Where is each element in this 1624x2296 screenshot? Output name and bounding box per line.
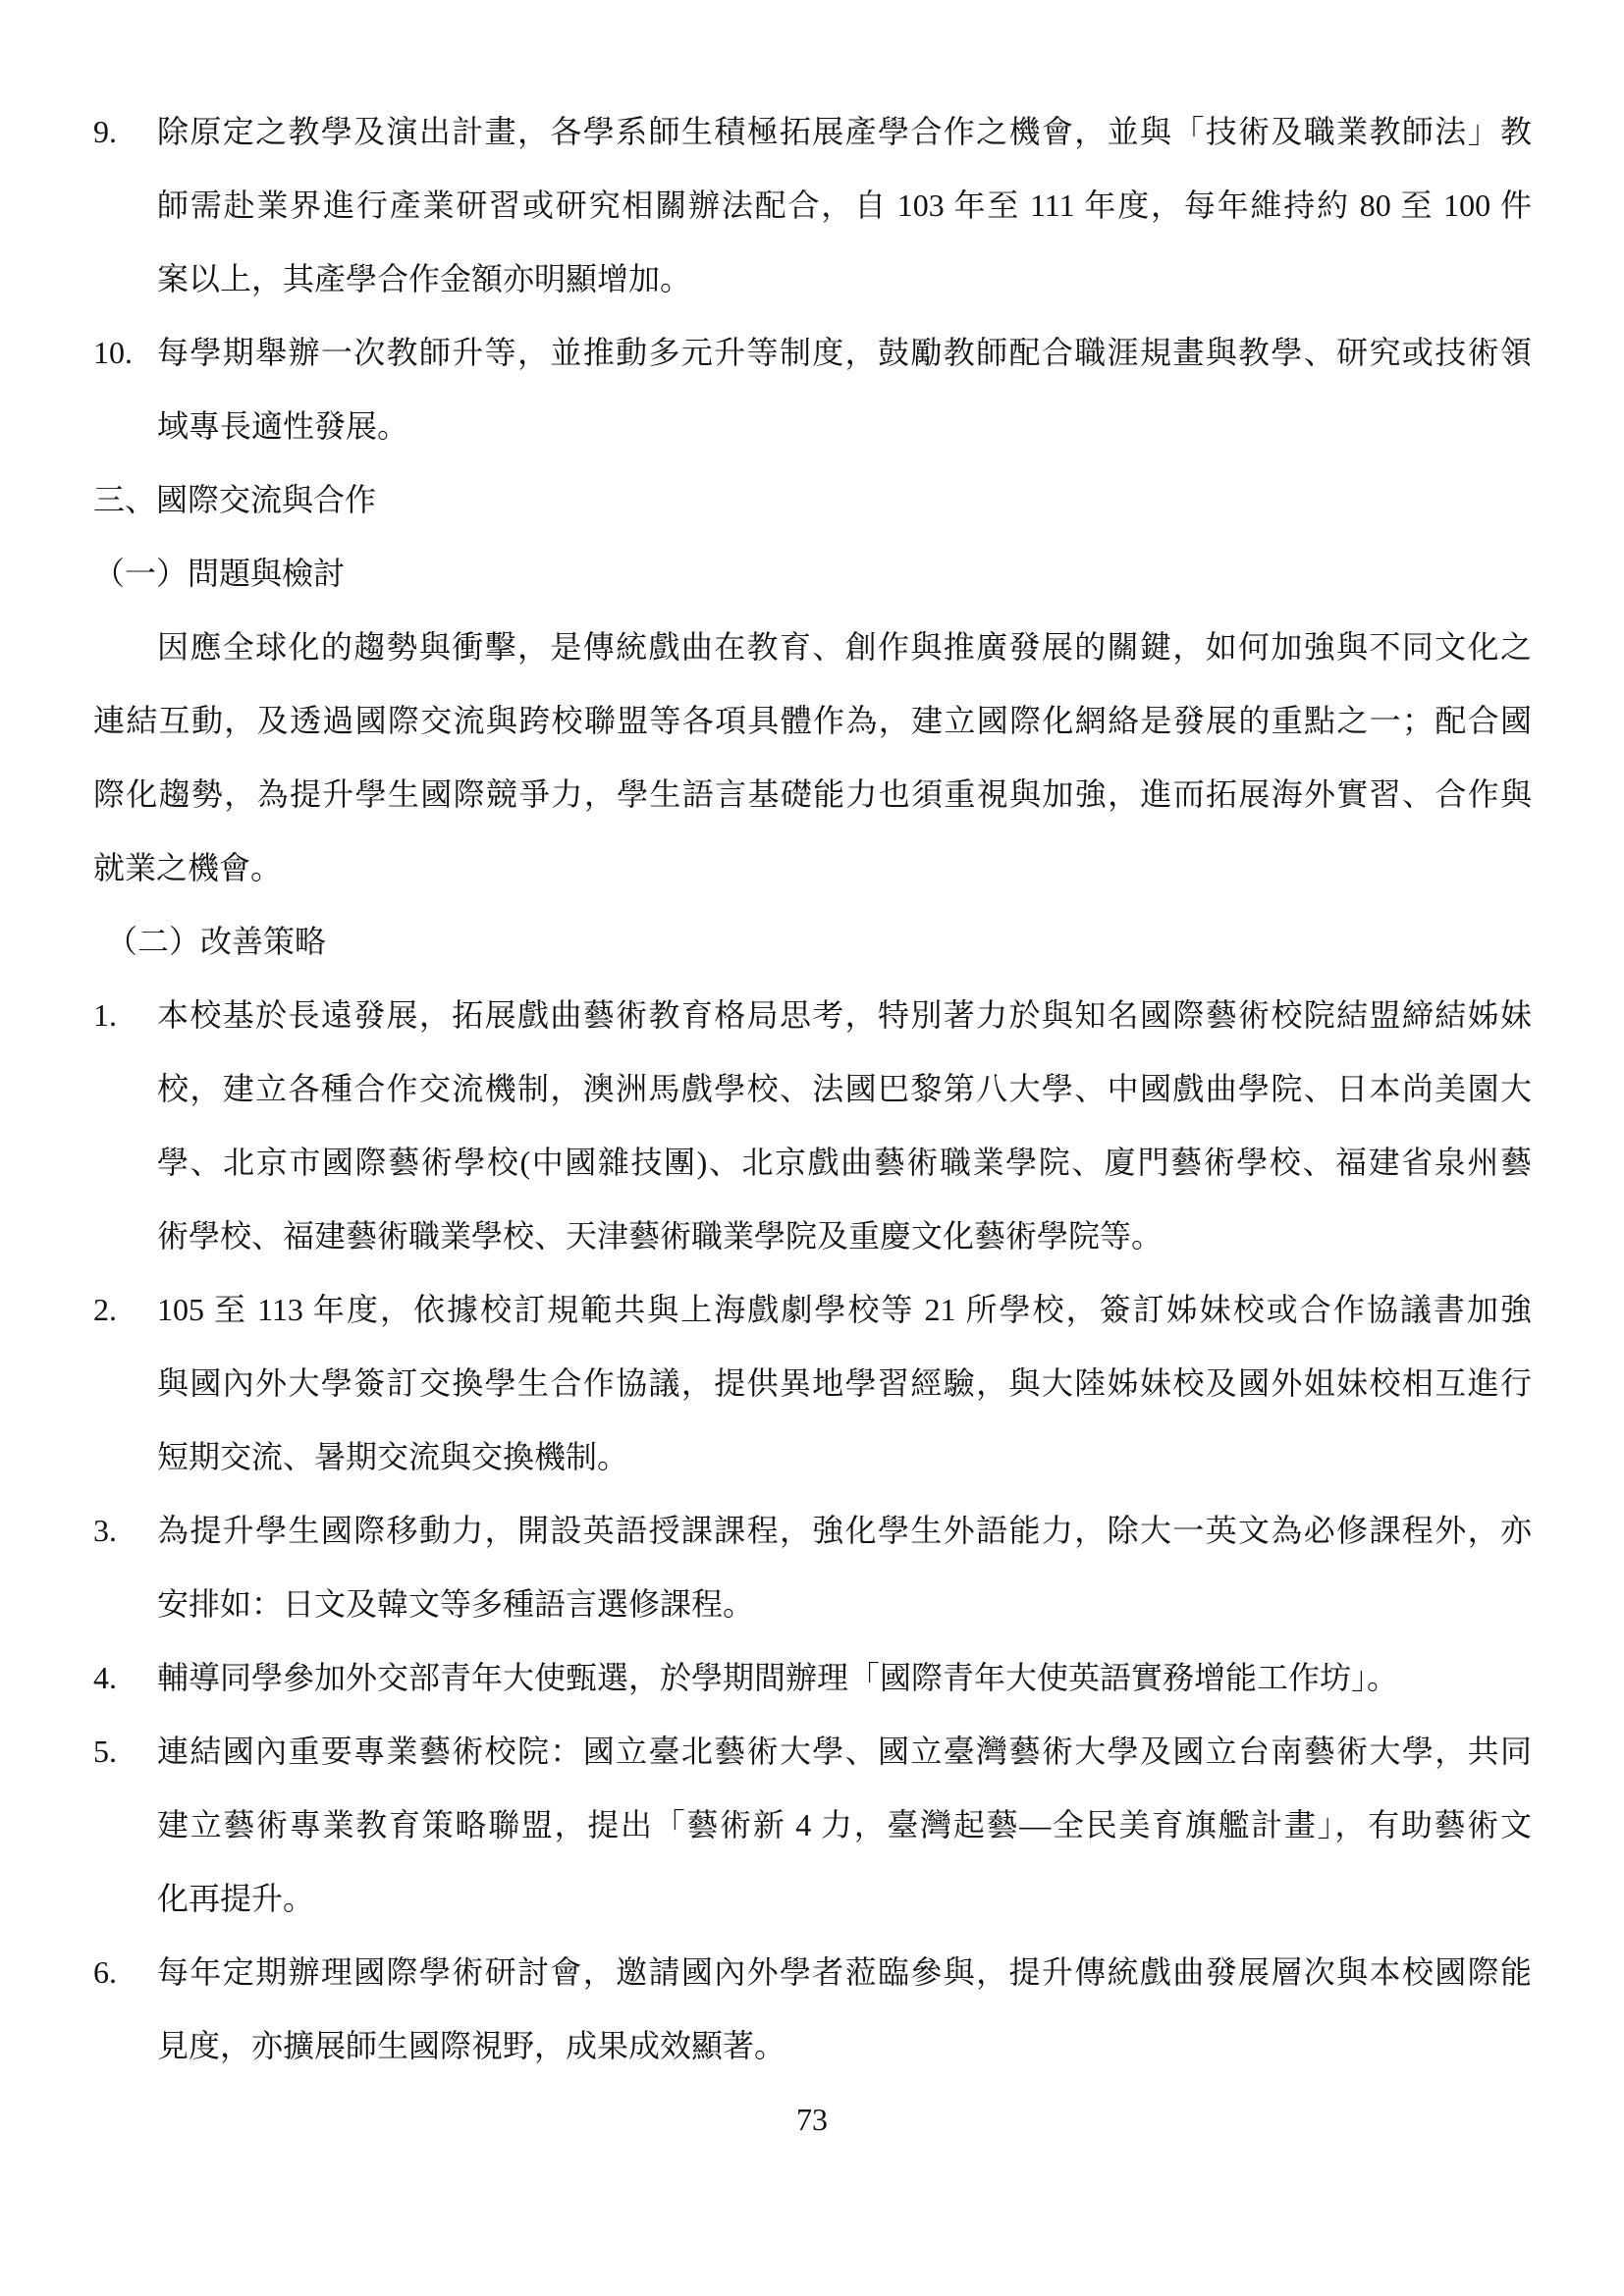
text-line: 9.除原定之教學及演出計畫，各學系師生積極拓展產學合作之機會，並與「技術及職業教…: [157, 95, 1532, 169]
text-line: 短期交流、暑期交流與交換機制。: [157, 1420, 1532, 1494]
text-line: 安排如：日文及韓文等多種語言選修課程。: [157, 1568, 1532, 1641]
text-line: 連結互動，及透過國際交流與跨校聯盟等各項具體作為，建立國際化網絡是發展的重點之一…: [93, 684, 1532, 758]
item-number: 2.: [93, 1273, 154, 1347]
text-line: 1.本校基於長遠發展，拓展戲曲藝術教育格局思考，特別著力於與知名國際藝術校院結盟…: [157, 979, 1532, 1052]
text-line: 校，建立各種合作交流機制，澳洲馬戲學校、法國巴黎第八大學、中國戲曲學院、日本尚美…: [157, 1052, 1532, 1126]
text-line: 與國內外大學簽訂交換學生合作協議，提供異地學習經驗，與大陸姊妹校及國外姐妹校相互…: [157, 1347, 1532, 1420]
text-line: 術學校、福建藝術職業學校、天津藝術職業學院及重慶文化藝術學院等。: [157, 1200, 1532, 1273]
text-line: 見度，亦擴展師生國際視野，成果成效顯著。: [157, 2009, 1532, 2083]
text-line: 就業之機會。: [93, 831, 1532, 905]
text-line: 因應全球化的趨勢與衝擊，是傳統戲曲在教育、創作與推廣發展的關鍵，如何加強與不同文…: [157, 611, 1532, 684]
item-number: 1.: [93, 979, 154, 1052]
item-number: 3.: [93, 1494, 154, 1568]
text-line: 學、北京市國際藝術學校(中國雜技團)、北京戲曲藝術職業學院、廈門藝術學校、福建省…: [157, 1126, 1532, 1200]
text-line: （一）問題與檢討: [93, 537, 1532, 611]
text-line: 5.連結國內重要專業藝術校院：國立臺北藝術大學、國立臺灣藝術大學及國立台南藝術大…: [157, 1715, 1532, 1789]
text-line: 三、國際交流與合作: [93, 463, 1532, 537]
page-number: 73: [0, 2083, 1624, 2157]
text-line: 10.每學期舉辦一次教師升等，並推動多元升等制度，鼓勵教師配合職涯規畫與教學、研…: [157, 316, 1532, 390]
item-number: 4.: [93, 1641, 154, 1715]
page-content: 9.除原定之教學及演出計畫，各學系師生積極拓展產學合作之機會，並與「技術及職業教…: [157, 95, 1532, 2157]
text-line: （二）改善策略: [106, 905, 1532, 979]
text-line: 際化趨勢，為提升學生國際競爭力，學生語言基礎能力也須重視與加強，進而拓展海外實習…: [93, 758, 1532, 831]
text-line: 3.為提升學生國際移動力，開設英語授課課程，強化學生外語能力，除大一英文為必修課…: [157, 1494, 1532, 1568]
text-line: 域專長適性發展。: [157, 390, 1532, 463]
text-line: 化再提升。: [157, 1862, 1532, 1936]
item-number: 10.: [93, 316, 154, 390]
document-page: 9.除原定之教學及演出計畫，各學系師生積極拓展產學合作之機會，並與「技術及職業教…: [0, 0, 1624, 2296]
text-line: 4.輔導同學參加外交部青年大使甄選，於學期間辦理「國際青年大使英語實務增能工作坊…: [157, 1641, 1532, 1715]
text-line: 案以上，其產學合作金額亦明顯增加。: [157, 242, 1532, 316]
text-line: 建立藝術專業教育策略聯盟，提出「藝術新 4 力，臺灣起藝—全民美育旗艦計畫」，有…: [157, 1789, 1532, 1862]
text-line: 師需赴業界進行產業研習或研究相關辦法配合，自 103 年至 111 年度，每年維…: [157, 169, 1532, 242]
item-number: 6.: [93, 1936, 154, 2009]
item-number: 9.: [93, 95, 154, 169]
text-line: 2.105 至 113 年度，依據校訂規範共與上海戲劇學校等 21 所學校，簽訂…: [157, 1273, 1532, 1347]
item-number: 5.: [93, 1715, 154, 1789]
text-line: 6.每年定期辦理國際學術研討會，邀請國內外學者蒞臨參與，提升傳統戲曲發展層次與本…: [157, 1936, 1532, 2009]
